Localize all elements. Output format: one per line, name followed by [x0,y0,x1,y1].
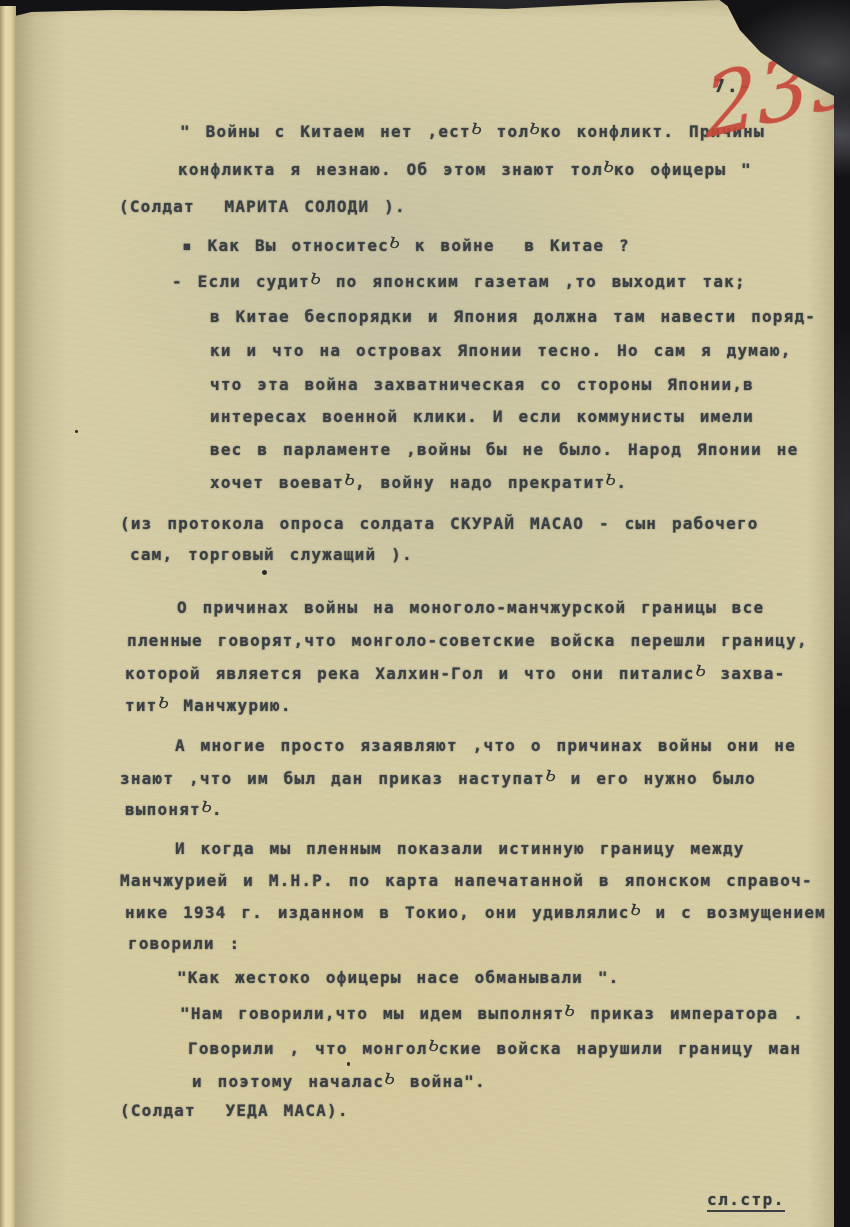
text-line: (Солдат МАРИТА СОЛОДИ ). [119,197,406,216]
paper-speck [75,430,78,433]
text-line: хочет воевать, войну надо прекратить. [210,473,627,492]
text-line: Говорили , что монгольские войска наруши… [188,1039,801,1058]
text-line: тить Манчжурию. [125,696,292,715]
handwritten-soft-sign: ь [605,477,616,479]
handwritten-soft-sign: ь [428,1043,439,1045]
scan-background: " Войны с Китаем нет ,есть только конфли… [0,0,850,1227]
text-line: " Войны с Китаем нет ,есть только конфли… [180,122,765,141]
handwritten-soft-sign: ь [630,907,641,909]
text-line: пленные говорят,что монголо-советские во… [127,631,808,650]
text-line: интересах военной клики. И если коммунис… [210,407,754,426]
handwritten-soft-sign: ь [529,126,540,128]
text-line: нике 1934 г. изданном в Токио, они удивл… [125,903,826,922]
text-line: сам, торговый служащий ). [130,545,413,564]
text-line: знают ,что им был дан приказ наступать и… [120,769,756,788]
handwritten-soft-sign: ь [344,477,355,479]
text-line: А многие просто язаявляют ,что о причина… [175,736,796,755]
handwritten-soft-sign: ь [564,1008,575,1010]
handwritten-soft-sign: ь [545,773,556,775]
text-line: - Если судить по японским газетам ,то вы… [172,272,746,291]
text-line: в Китае беспорядки и Япония должна там н… [210,307,816,326]
document-page: " Войны с Китаем нет ,есть только конфли… [15,0,834,1227]
handwritten-soft-sign: ь [603,164,614,166]
text-line: которой является река Халхин-Гол и что о… [125,664,785,683]
handwritten-soft-sign: ь [695,668,706,670]
next-page-note: сл.стр. [707,1190,785,1212]
text-line: "Как жестоко офицеры насе обманывали ". [177,968,619,987]
text-line: Манчжурией и М.Н.Р. по карта напечатанно… [120,871,813,890]
text-line: ▪ Как Вы относитесь к войне в Китае ? [182,236,630,255]
text-line: конфликта я незнаю. Об этом знают только… [178,160,752,179]
adjacent-page-edge [0,6,16,1227]
handwritten-soft-sign: ь [471,126,482,128]
handwritten-soft-sign: ь [384,1076,395,1078]
text-line: вес в парламенте ,войны бы не было. Наро… [210,440,798,459]
paper-speck [262,570,267,575]
text-line: ки и что на островах Японии тесно. Но са… [210,341,792,360]
handwritten-page-stamp: 239 [703,29,850,150]
handwritten-soft-sign: ь [158,700,169,702]
handwritten-soft-sign: ь [310,276,321,278]
handwritten-soft-sign: ь [389,240,400,242]
text-line: что эта война захватническая со стороны … [210,375,754,394]
handwritten-soft-sign: ь [201,804,212,806]
text-line: и поэтому началась война". [192,1072,486,1091]
text-line: выпонять. [125,800,223,819]
text-line: О причинах войны на моноголо-манчжурской… [177,598,764,617]
text-line: (из протокола опроса солдата СКУРАЙ МАСА… [120,514,759,533]
text-line: говорили : [128,934,240,953]
text-line: (Солдат УЕДА МАСА). [120,1101,349,1120]
text-line: "Нам говорили,что мы идем выполнять прик… [180,1004,804,1023]
paper-speck [347,1062,350,1066]
text-line: И когда мы пленным показали истинную гра… [175,839,745,858]
